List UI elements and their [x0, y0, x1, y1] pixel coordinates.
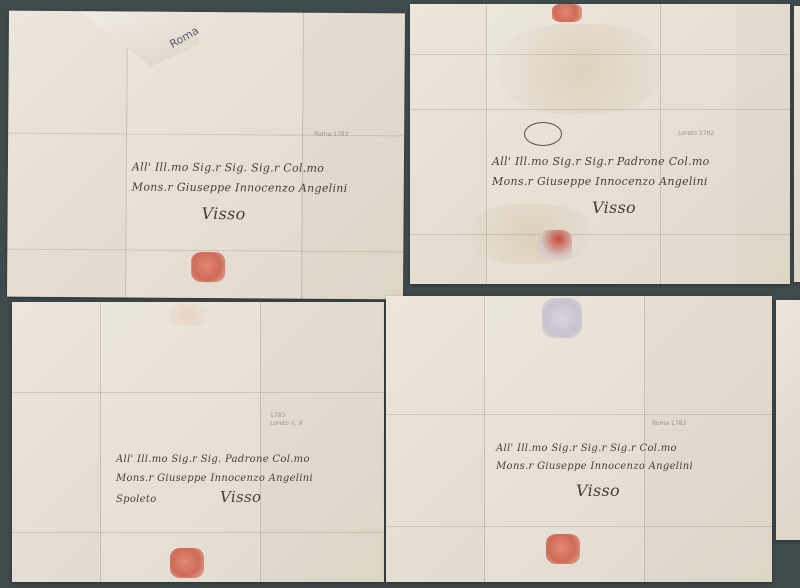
letter-bottom-left: All' Ill.mo Sig.r Sig. Padrone Col.mo Mo… [12, 302, 384, 582]
wax-seal-fragment [552, 4, 582, 22]
flourish [524, 122, 562, 146]
pencil-note-place: Loreto n. X [270, 420, 303, 427]
address-city: Visso [202, 204, 348, 225]
address-line-2: Mons.r Giuseppe Innocenzo Angelini [492, 175, 708, 188]
address-block: All' Ill.mo Sig.r Sig. Padrone Col.mo Mo… [116, 450, 313, 509]
address-block: All' Ill.mo Sig.r Sig. Sig.r Col.mo Mons… [132, 157, 348, 225]
wax-seal [546, 534, 580, 564]
wax-seal [538, 230, 572, 260]
address-block: All' Ill.mo Sig.r Sig.r Padrone Col.mo M… [492, 152, 710, 218]
address-line-2: Mons.r Giuseppe Innocenzo Angelini [132, 180, 348, 195]
letter-top-right: All' Ill.mo Sig.r Sig.r Padrone Col.mo M… [410, 4, 790, 284]
wax-seal-white [542, 298, 582, 338]
address-prefix: Spoleto [116, 494, 157, 505]
letter-edge-bottom [776, 300, 800, 540]
address-city: Visso [576, 482, 693, 500]
address-city: Visso [592, 198, 710, 218]
pencil-note-year: 1783 [270, 412, 285, 419]
address-city: Visso [220, 488, 261, 506]
wax-seal [191, 252, 225, 282]
address-line-2: Mons.r Giuseppe Innocenzo Angelini [116, 473, 313, 484]
letter-edge-top [794, 6, 800, 282]
pencil-note: Roma 1783 [652, 420, 686, 428]
letter-bottom-right: All' Ill.mo Sig.r Sig.r Sig.r Col.mo Mon… [386, 296, 772, 582]
address-line-1: All' Ill.mo Sig.r Sig. Sig.r Col.mo [132, 160, 324, 174]
wax-seal-fragment [170, 304, 206, 326]
letter-top-left: Roma All' Ill.mo Sig.r Sig. Sig.r Col.mo… [7, 11, 405, 300]
wax-seal [170, 548, 204, 578]
address-line-1: All' Ill.mo Sig.r Sig.r Sig.r Col.mo [496, 443, 677, 454]
address-line-1: All' Ill.mo Sig.r Sig.r Padrone Col.mo [492, 155, 710, 168]
pencil-note: Loreto 1782 [678, 130, 714, 138]
address-block: All' Ill.mo Sig.r Sig.r Sig.r Col.mo Mon… [496, 440, 693, 500]
pencil-note: Roma 1783 [314, 131, 348, 139]
address-line-1: All' Ill.mo Sig.r Sig. Padrone Col.mo [116, 454, 310, 465]
address-line-2: Mons.r Giuseppe Innocenzo Angelini [496, 461, 693, 472]
pencil-note: 1783 Loreto n. X [270, 412, 303, 428]
